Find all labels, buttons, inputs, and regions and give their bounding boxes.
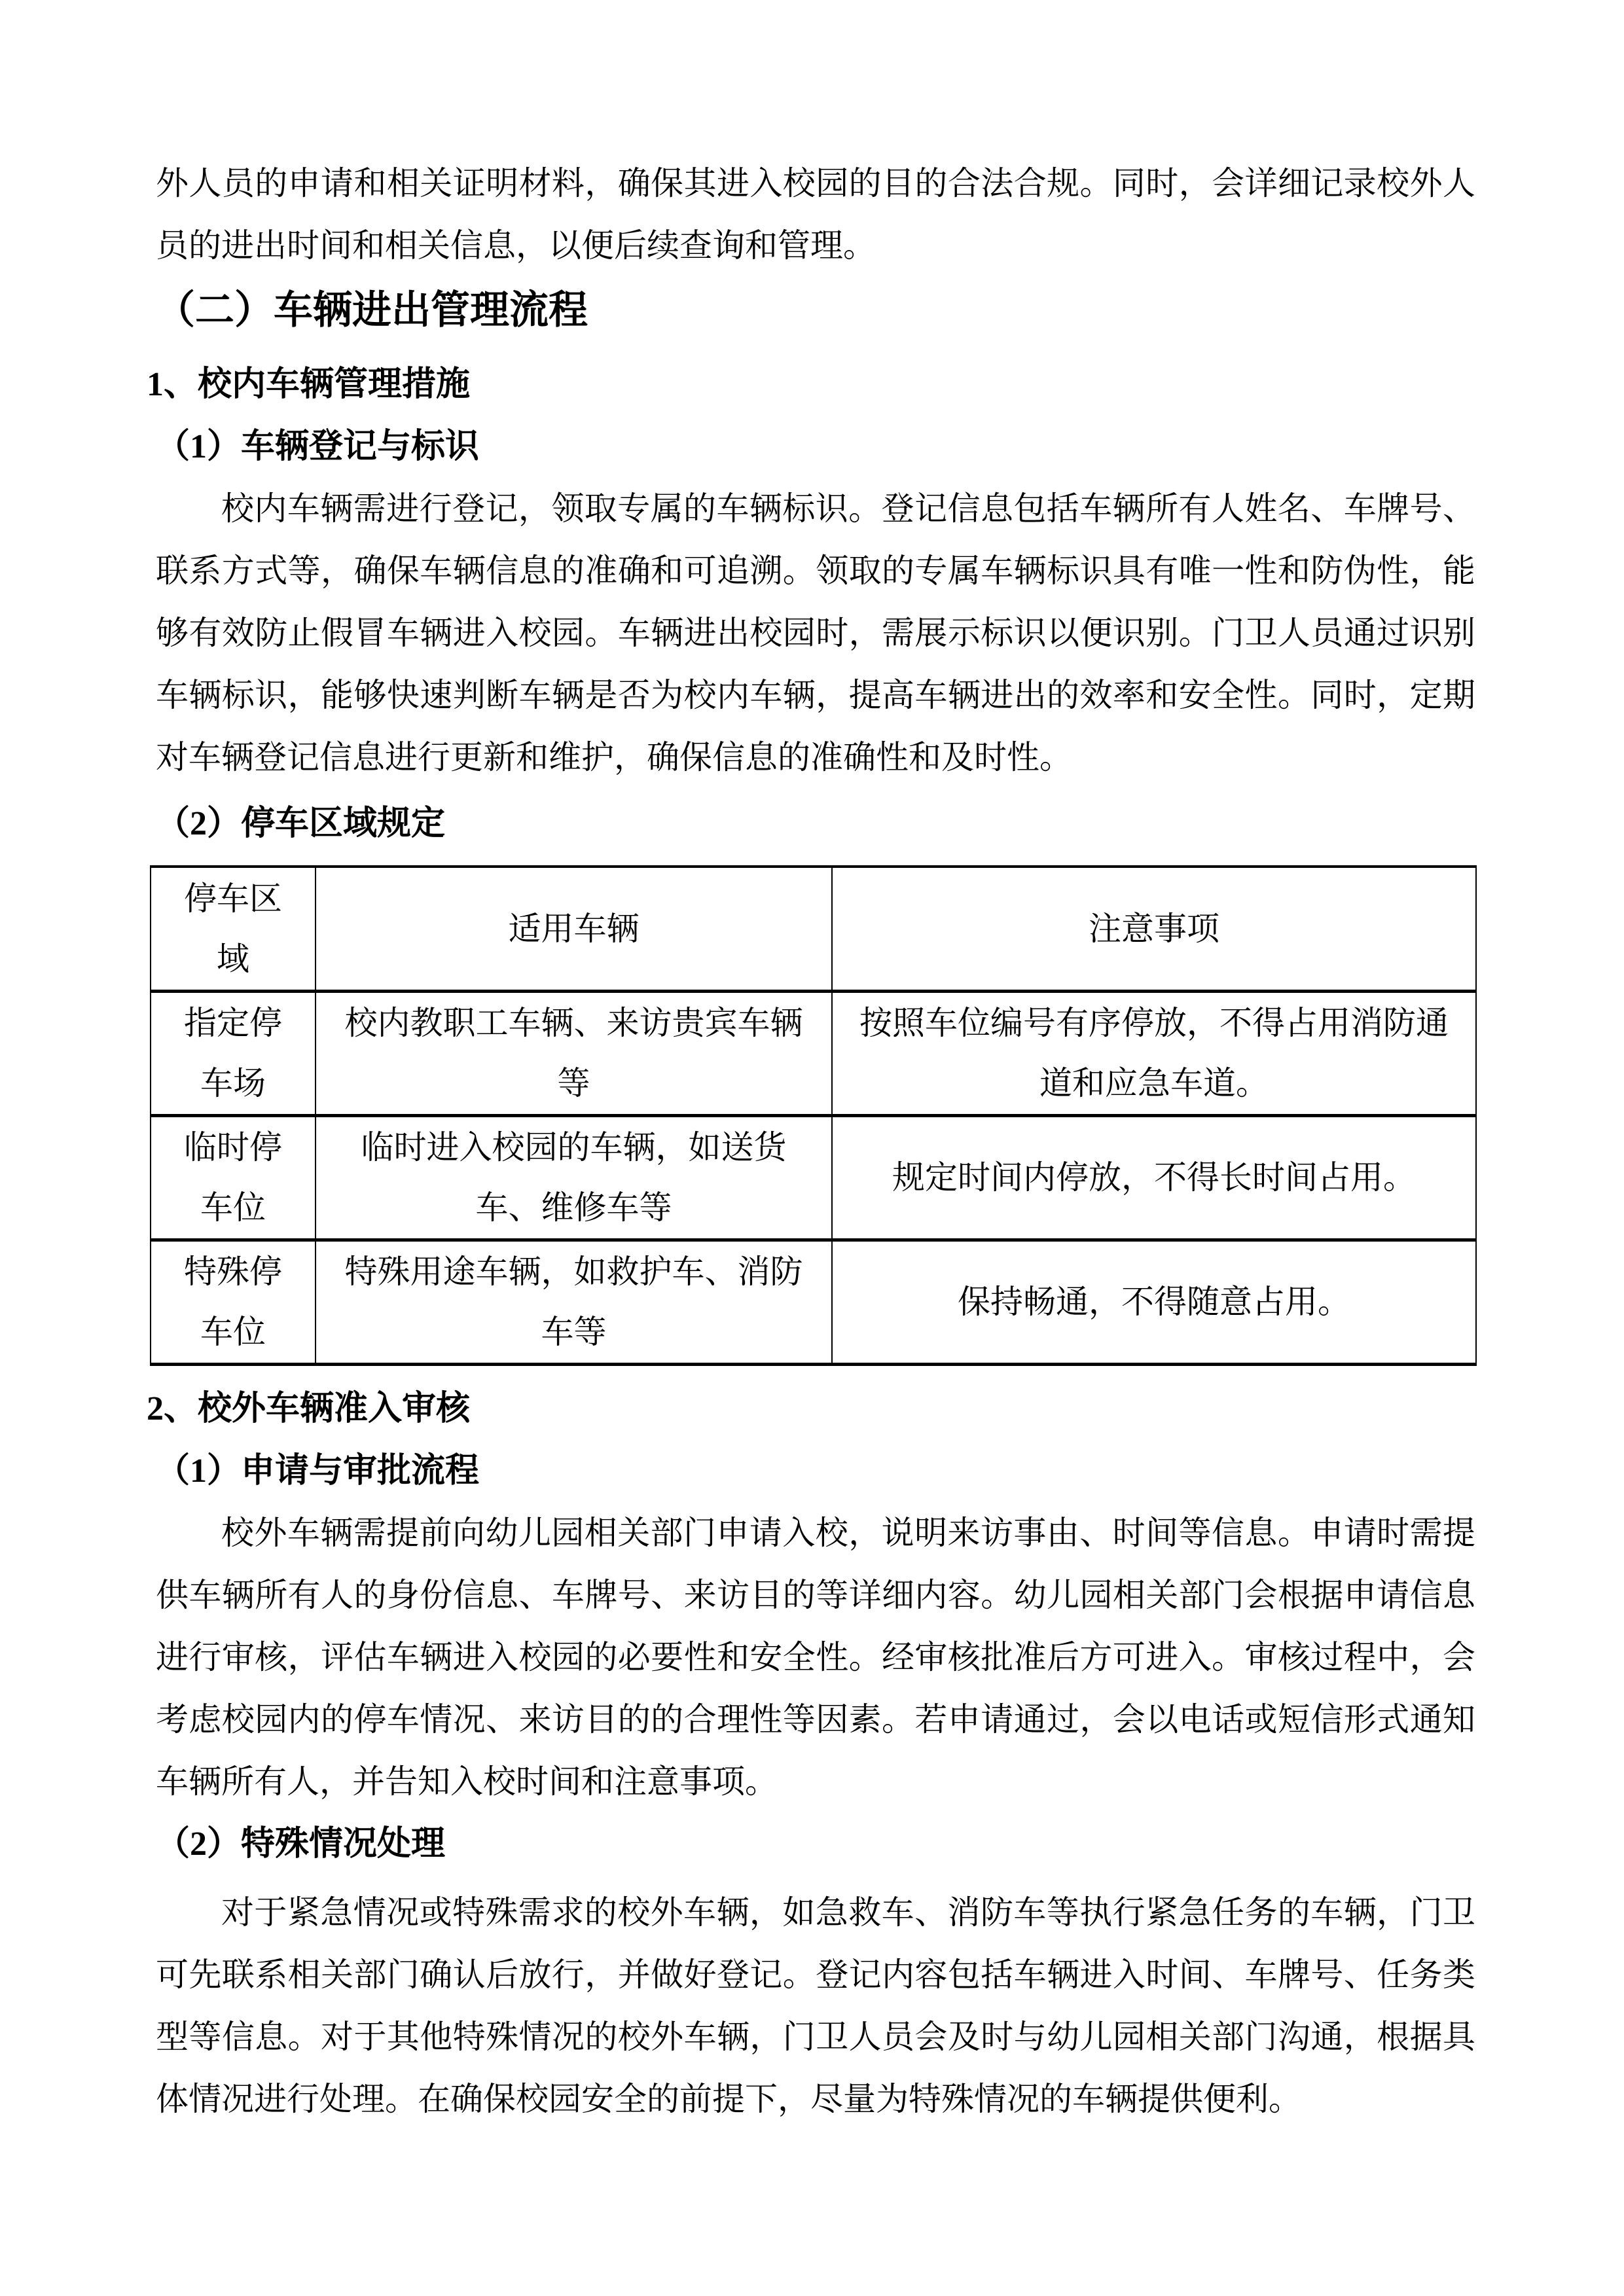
table-cell-vehicles-temporary: 临时进入校园的车辆，如送货 车、维修车等 xyxy=(316,1115,832,1240)
subsection-heading-external-vehicles: 2、校外车辆准入审核 xyxy=(147,1378,1475,1440)
table-cell-vehicles-special: 特殊用途车辆，如救护车、消防 车等 xyxy=(316,1240,832,1364)
table-row-special-spot: 特殊停 车位 特殊用途车辆，如救护车、消防 车等 保持畅通，不得随意占用。 xyxy=(151,1240,1476,1364)
table-cell-notes-designated: 按照车位编号有序停放，不得占用消防通 道和应急车道。 xyxy=(832,991,1476,1115)
paragraph-visitor-records: 外人员的申请和相关证明材料，确保其进入校园的目的合法合规。同时，会详细记录校外人… xyxy=(156,152,1475,277)
col-header-parking-area: 停车区 域 xyxy=(151,867,316,991)
table-cell-area-designated: 指定停 车场 xyxy=(151,991,316,1115)
table-cell-notes-temporary: 规定时间内停放，不得长时间占用。 xyxy=(832,1115,1476,1240)
item-heading-parking-zones: （2）停车区域规定 xyxy=(156,793,1475,855)
table-cell-vehicles-designated: 校内教职工车辆、来访贵宾车辆 等 xyxy=(316,991,832,1115)
subsection-heading-internal-vehicles: 1、校内车辆管理措施 xyxy=(147,353,1475,416)
table-row-designated-lot: 指定停 车场 校内教职工车辆、来访贵宾车辆 等 按照车位编号有序停放，不得占用消… xyxy=(151,991,1476,1115)
item-heading-special-cases: （2）特殊情况处理 xyxy=(156,1813,1475,1875)
table-cell-area-temporary: 临时停 车位 xyxy=(151,1115,316,1240)
item-heading-application-approval: （1）申请与审批流程 xyxy=(156,1440,1475,1502)
item-heading-registration: （1）车辆登记与标识 xyxy=(156,416,1475,478)
table-cell-area-special: 特殊停 车位 xyxy=(151,1240,316,1364)
paragraph-vehicle-registration: 校内车辆需进行登记，领取专属的车辆标识。登记信息包括车辆所有人姓名、车牌号、联系… xyxy=(156,478,1475,789)
table-header-row: 停车区 域 适用车辆 注意事项 xyxy=(151,867,1476,991)
col-header-applicable-vehicles: 适用车辆 xyxy=(316,867,832,991)
document-page: 外人员的申请和相关证明材料，确保其进入校园的目的合法合规。同时，会详细记录校外人… xyxy=(0,0,1624,2296)
paragraph-special-cases: 对于紧急情况或特殊需求的校外车辆，如急救车、消防车等执行紧急任务的车辆，门卫可先… xyxy=(156,1882,1475,2130)
section-heading-vehicle-management: （二）车辆进出管理流程 xyxy=(156,279,1475,342)
parking-zones-table: 停车区 域 适用车辆 注意事项 指定停 车场 校内教职工车辆、来访贵宾车辆 等 … xyxy=(150,865,1477,1366)
table-row-temporary-spot: 临时停 车位 临时进入校园的车辆，如送货 车、维修车等 规定时间内停放，不得长时… xyxy=(151,1115,1476,1240)
col-header-precautions: 注意事项 xyxy=(832,867,1476,991)
paragraph-application-process: 校外车辆需提前向幼儿园相关部门申请入校，说明来访事由、时间等信息。申请时需提供车… xyxy=(156,1502,1475,1813)
table-cell-notes-special: 保持畅通，不得随意占用。 xyxy=(832,1240,1476,1364)
